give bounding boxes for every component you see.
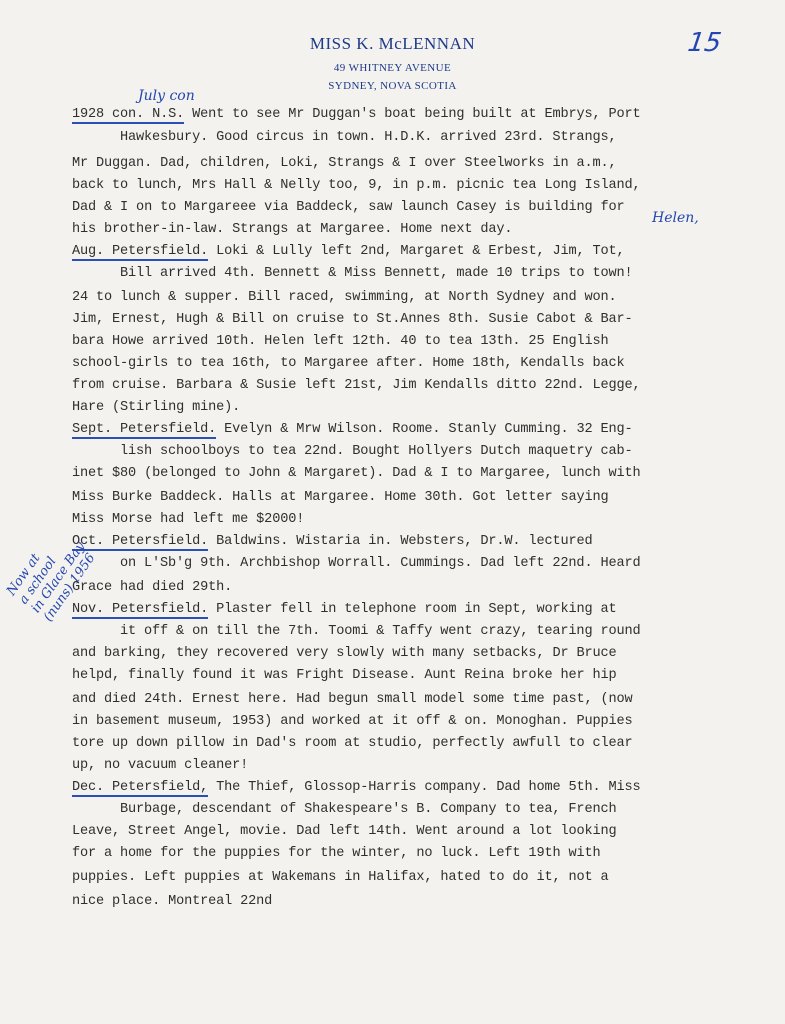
entry-line: Leave, Street Angel, movie. Dad left 14t… — [72, 824, 617, 839]
entry-line: on L'Sb'g 9th. Archbishop Worrall. Cummi… — [120, 556, 641, 571]
entry-line: Hare (Stirling mine). — [72, 400, 240, 415]
entry-first-line: Dec. Petersfield, The Thief, Glossop-Har… — [72, 780, 641, 795]
entry-first-line: Nov. Petersfield. Plaster fell in teleph… — [72, 602, 617, 617]
entry-line: Grace had died 29th. — [72, 580, 232, 595]
entry-heading: Nov. Petersfield. — [72, 602, 208, 619]
entry-line: in basement museum, 1953) and worked at … — [72, 714, 633, 729]
entry-heading: Aug. Petersfield. — [72, 244, 208, 261]
entry-line: his brother-in-law. Strangs at Margaree.… — [72, 222, 512, 237]
entry-line: and barking, they recovered very slowly … — [72, 646, 617, 661]
entry-line: Burbage, descendant of Shakespeare's B. … — [120, 802, 616, 817]
entry-line: for a home for the puppies for the winte… — [72, 846, 601, 861]
entry-line: it off & on till the 7th. Toomi & Taffy … — [120, 624, 641, 639]
entry-text: Evelyn & Mrw Wilson. Roome. Stanly Cummi… — [216, 422, 632, 437]
entry-heading: 1928 con. N.S. — [72, 107, 184, 124]
entry-line: bara Howe arrived 10th. Helen left 12th.… — [72, 334, 609, 349]
entry-line: school-girls to tea 16th, to Margaree af… — [72, 356, 625, 371]
entry-line: helpd, finally found it was Fright Disea… — [72, 668, 617, 683]
entry-line: inet $80 (belonged to John & Margaret). … — [72, 466, 641, 481]
entry-line: Dad & I on to Margareee via Baddeck, saw… — [72, 200, 625, 215]
entry-text: Loki & Lully left 2nd, Margaret & Erbest… — [208, 244, 624, 259]
entry-line: up, no vacuum cleaner! — [72, 758, 248, 773]
entry-text: Baldwins. Wistaria in. Websters, Dr.W. l… — [208, 534, 592, 549]
entry-text: Plaster fell in telephone room in Sept, … — [208, 602, 616, 617]
entry-line: from cruise. Barbara & Susie left 21st, … — [72, 378, 641, 393]
entry-first-line: Sept. Petersfield. Evelyn & Mrw Wilson. … — [72, 422, 633, 437]
entry-heading: Dec. Petersfield, — [72, 780, 208, 797]
letterhead-city: SYDNEY, NOVA SCOTIA — [0, 80, 785, 92]
letterhead-name: MISS K. McLENNAN — [0, 34, 785, 54]
entry-first-line: 1928 con. N.S. Went to see Mr Duggan's b… — [72, 107, 641, 122]
entry-line: Mr Duggan. Dad, children, Loki, Strangs … — [72, 156, 617, 171]
entry-line: puppies. Left puppies at Wakemans in Hal… — [72, 870, 609, 885]
page-number: 15 — [686, 28, 723, 58]
entry-first-line: Oct. Petersfield. Baldwins. Wistaria in.… — [72, 534, 593, 549]
handwritten-helen: Helen, — [652, 210, 699, 226]
entry-line: nice place. Montreal 22nd — [72, 894, 272, 909]
entry-text: The Thief, Glossop-Harris company. Dad h… — [208, 780, 640, 795]
entry-line: Miss Morse had left me $2000! — [72, 512, 304, 527]
entry-line: Bill arrived 4th. Bennett & Miss Bennett… — [120, 266, 633, 281]
letterhead-address: 49 WHITNEY AVENUE — [0, 62, 785, 74]
entry-line: Jim, Ernest, Hugh & Bill on cruise to St… — [72, 312, 633, 327]
entry-line: Miss Burke Baddeck. Halls at Margaree. H… — [72, 490, 609, 505]
entry-line: back to lunch, Mrs Hall & Nelly too, 9, … — [72, 178, 641, 193]
entry-line: Hawkesbury. Good circus in town. H.D.K. … — [120, 130, 616, 145]
handwritten-july-con: July con — [138, 88, 195, 104]
entry-line: and died 24th. Ernest here. Had begun sm… — [72, 692, 633, 707]
entry-line: tore up down pillow in Dad's room at stu… — [72, 736, 633, 751]
entry-line: 24 to lunch & supper. Bill raced, swimmi… — [72, 290, 617, 305]
entry-text: Went to see Mr Duggan's boat being built… — [184, 107, 640, 122]
entry-heading: Sept. Petersfield. — [72, 422, 216, 439]
entry-heading: Oct. Petersfield. — [72, 534, 208, 551]
entry-first-line: Aug. Petersfield. Loki & Lully left 2nd,… — [72, 244, 625, 259]
entry-line: lish schoolboys to tea 22nd. Bought Holl… — [120, 444, 633, 459]
